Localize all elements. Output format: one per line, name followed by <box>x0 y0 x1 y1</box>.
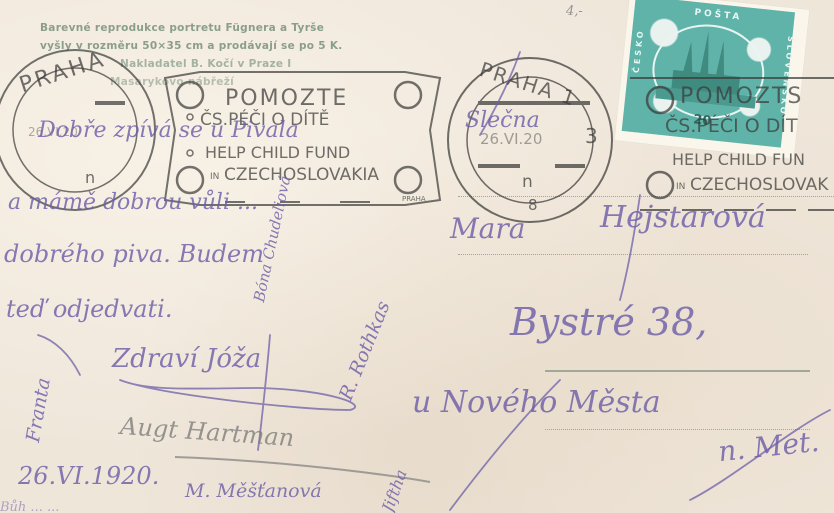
postmark-left-letter: n <box>85 168 95 187</box>
message-date: 26.VI.1920. <box>18 462 159 490</box>
slogan-right-line-3: HELP CHILD FUN <box>672 150 805 169</box>
postcard-back: Barevné reprodukce portretu Fügnera a Ty… <box>0 0 834 513</box>
slogan-right-line-1: POMOZTS <box>680 84 803 109</box>
address-street: Bystré 38, <box>510 300 707 344</box>
message-line-2: a mámě dobrou vůli ... <box>8 190 258 215</box>
postmark-right-hour: 3 <box>585 124 598 148</box>
signature-mestanova: M. Měšťanová <box>185 480 322 502</box>
slogan-left-line-4: CZECHOSLOVAKIA <box>224 165 379 185</box>
slogan-left-line-4-prefix: IN <box>210 172 219 182</box>
address-surname: Hejstarová <box>600 200 766 235</box>
address-first-name: Mara <box>450 212 525 245</box>
message-bottom-partial: Bůh ... ... <box>0 500 59 513</box>
flourish-left <box>38 335 80 375</box>
address-town: u Nového Města <box>412 385 661 420</box>
message-line-4: teď odjedvati. <box>6 295 172 323</box>
message-line-3: dobrého piva. Budem <box>4 240 264 268</box>
slogan-right-line-2: ČS.PÉČI O DÍT <box>665 115 798 137</box>
message-greeting: Zdraví Jóža <box>112 344 261 374</box>
slogan-right-line-4: CZECHOSLOVAK <box>690 175 828 195</box>
slogan-right-line-4-prefix: IN <box>676 182 685 192</box>
address-salutation: Slečna <box>465 108 540 133</box>
flourish-underline-zdravi <box>120 380 355 410</box>
slogan-left-imprint: PRAHA <box>402 195 426 203</box>
slogan-left-line-1: POMOZTE <box>225 86 348 111</box>
postmark-right-suffix: 8 <box>528 196 538 214</box>
postmark-right-letter: n <box>522 172 533 192</box>
slogan-left-line-3: HELP CHILD FUND <box>205 143 350 162</box>
message-line-1: Dobře zpívá se u Pivala <box>38 118 299 143</box>
